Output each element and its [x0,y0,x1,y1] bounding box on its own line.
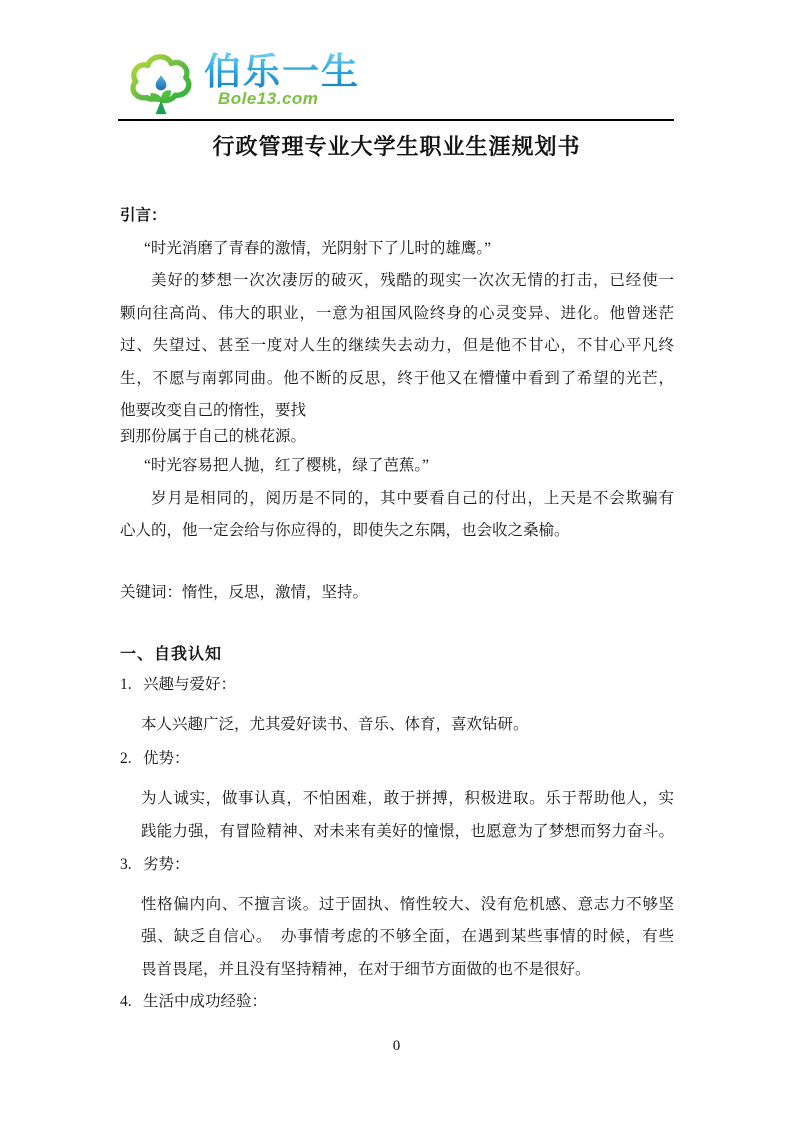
list-item-heading: 2.优势： [120,743,674,776]
item-line: 本人兴趣广泛，尤其爱好读书、音乐、体育，喜欢钻研。 [141,709,674,742]
item-number: 1. [120,669,143,702]
tree-icon [126,48,196,118]
item-number: 3. [120,849,143,882]
intro-line: 生，不愿与南郭同曲。他不断的反思，终于他又在懵懂中看到了希望的光芒， [120,363,674,396]
item-number: 4. [120,986,143,1019]
item-label: 生活中成功经验： [143,993,267,1010]
intro-line: 岁月是相同的，阅历是不同的，其中要看自己的付出，上天是不会欺骗有 [120,483,674,516]
intro-line: 到那份属于自己的桃花源。 [120,421,674,454]
brand-domain: Bole13.com [218,89,360,109]
item-line: 强、缺乏自信心。 办事情考虑的不够全面，在遇到某些事情的时候，有些 [141,921,674,954]
item-number: 2. [120,743,143,776]
item-label: 劣势： [143,856,190,873]
item-line: 为人诚实，做事认真，不怕困难，敢于拼搏，积极进取。乐于帮助他人，实 [141,783,674,816]
section-heading: 一、自我认知 [120,638,674,671]
item-label: 兴趣与爱好： [143,676,236,693]
item-line: 践能力强，有冒险精神、对未来有美好的憧憬，也愿意为了梦想而努力奋斗。 [141,816,674,849]
list-item-heading: 1.兴趣与爱好： [120,669,674,702]
intro-line: “时光消磨了青春的激情，光阴射下了儿时的雄鹰。” [120,233,674,266]
document-title: 行政管理专业大学生职业生涯规划书 [0,130,793,161]
intro-line: 过、失望过、甚至一度对人生的继续失去动力，但是他不甘心，不甘心平凡终 [120,330,674,363]
document-page: 伯乐一生 Bole13.com 行政管理专业大学生职业生涯规划书 引言： “时光… [0,0,793,1122]
document-body: 引言： “时光消磨了青春的激情，光阴射下了儿时的雄鹰。” 美好的梦想一次次凄厉的… [120,200,674,1019]
list-item-heading: 3.劣势： [120,849,674,882]
intro-line: 心人的，他一定会给与你应得的，即使失之东隅，也会收之桑榆。 [120,515,674,548]
brand-name: 伯乐一生 [204,52,360,92]
item-line: 畏首畏尾，并且没有坚持精神，在对于细节方面做的也不是很好。 [141,954,674,987]
intro-line: “时光容易把人抛，红了樱桃，绿了芭蕉。” [120,450,674,483]
header-rule [118,119,674,121]
intro-line: 颗向往高尚、伟大的职业，一意为祖国风险终身的心灵变异、进化。他曾迷茫 [120,298,674,331]
page-number: 0 [0,1038,793,1055]
list-item-heading: 4.生活中成功经验： [120,986,674,1019]
intro-heading: 引言： [120,200,674,233]
intro-line: 美好的梦想一次次凄厉的破灭，残酷的现实一次次无情的打击，已经使一 [120,265,674,298]
keywords: 关键词：惰性，反思，激情，坚持。 [120,577,674,610]
brand-logo: 伯乐一生 Bole13.com [126,48,360,118]
item-label: 优势： [143,750,190,767]
item-line: 性格偏内向、不擅言谈。过于固执、惰性较大、没有危机感、意志力不够坚 [141,889,674,922]
